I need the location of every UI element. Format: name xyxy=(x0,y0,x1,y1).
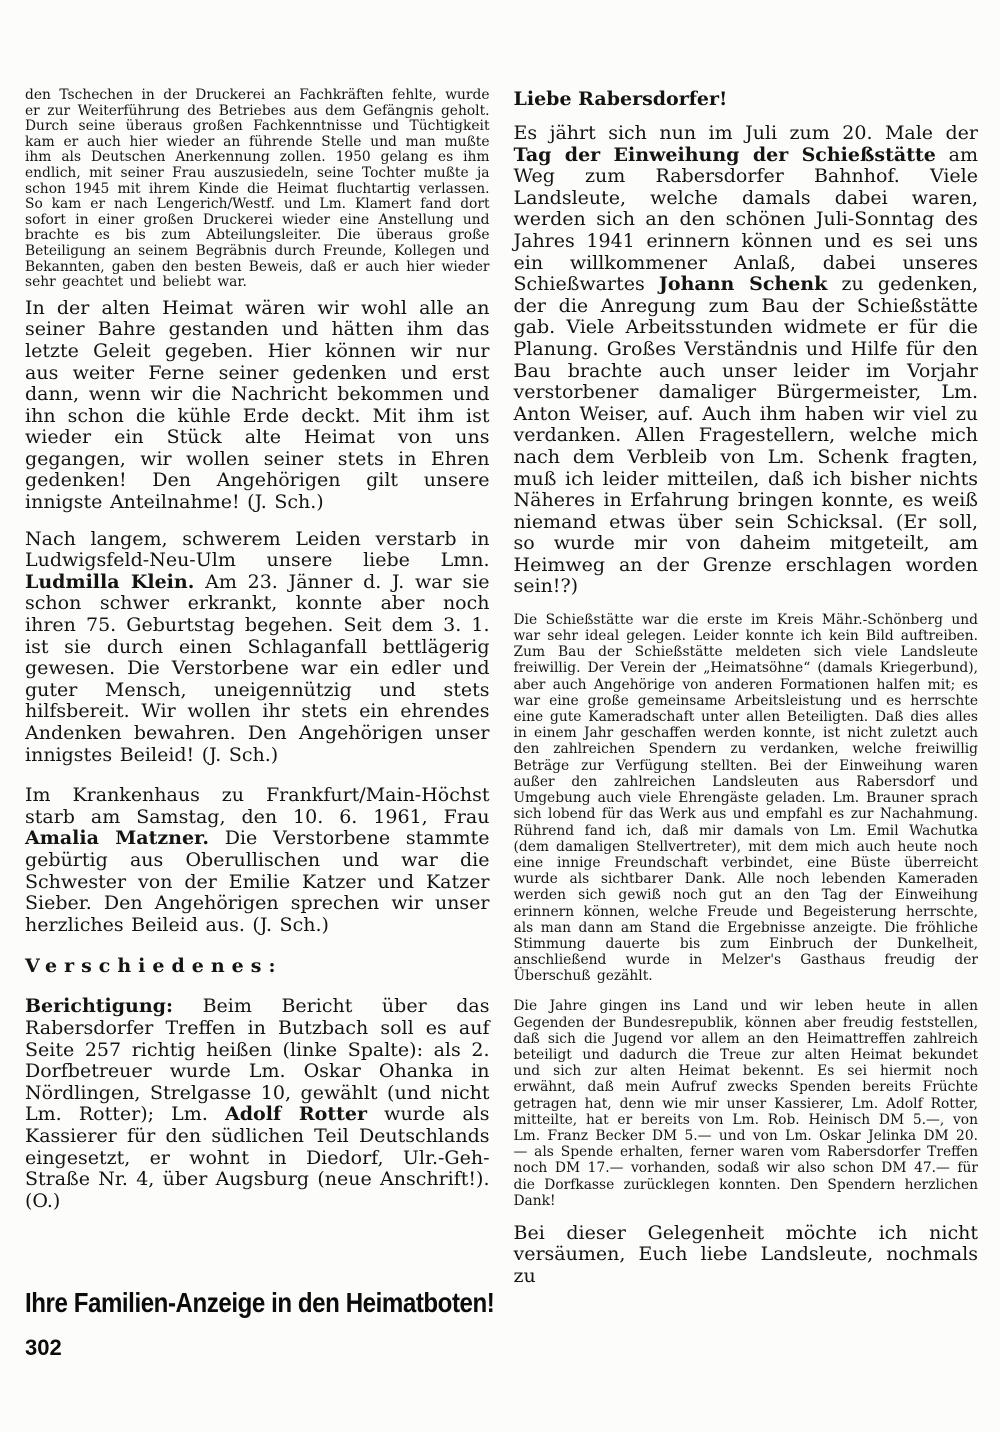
left-column: den Tschechen in der Druckerei an Fachkr… xyxy=(25,88,490,1288)
two-column-layout: den Tschechen in der Druckerei an Fachkr… xyxy=(25,88,978,1288)
right-column: Liebe Rabersdorfer! Es jährt sich nun im… xyxy=(514,88,979,1288)
obituary-klamert-large-paragraph: In der alten Heimat wären wir wohl alle … xyxy=(25,298,490,514)
history-small-paragraph: Die Schießstätte war die erste im Kreis … xyxy=(514,612,979,985)
obituary-matzner-paragraph: Im Krankenhaus zu Frankfurt/Main-Höchst … xyxy=(25,785,490,936)
donations-small-paragraph: Die Jahre gingen ins Land und wir leben … xyxy=(514,998,979,1209)
correction-paragraph: Berichtigung: Beim Bericht über das Rabe… xyxy=(25,996,490,1212)
closing-paragraph: Bei dieser Gelegenheit möchte ich nicht … xyxy=(514,1223,979,1288)
letter-heading: Liebe Rabersdorfer! xyxy=(514,88,979,110)
obituary-klamert-small-paragraph: den Tschechen in der Druckerei an Fachkr… xyxy=(25,88,490,291)
misc-section-heading: Verschiedenes: xyxy=(25,955,490,977)
letter-intro-paragraph: Es jährt sich nun im Juli zum 20. Male d… xyxy=(514,123,979,598)
newspaper-page: den Tschechen in der Druckerei an Fachkr… xyxy=(0,0,1000,1432)
obituary-klein-paragraph: Nach langem, schwerem Leiden verstarb in… xyxy=(25,529,490,767)
family-ad-banner: Ihre Familien-Anzeige in den Heimatboten… xyxy=(25,1288,494,1318)
page-number: 302 xyxy=(25,1336,62,1360)
